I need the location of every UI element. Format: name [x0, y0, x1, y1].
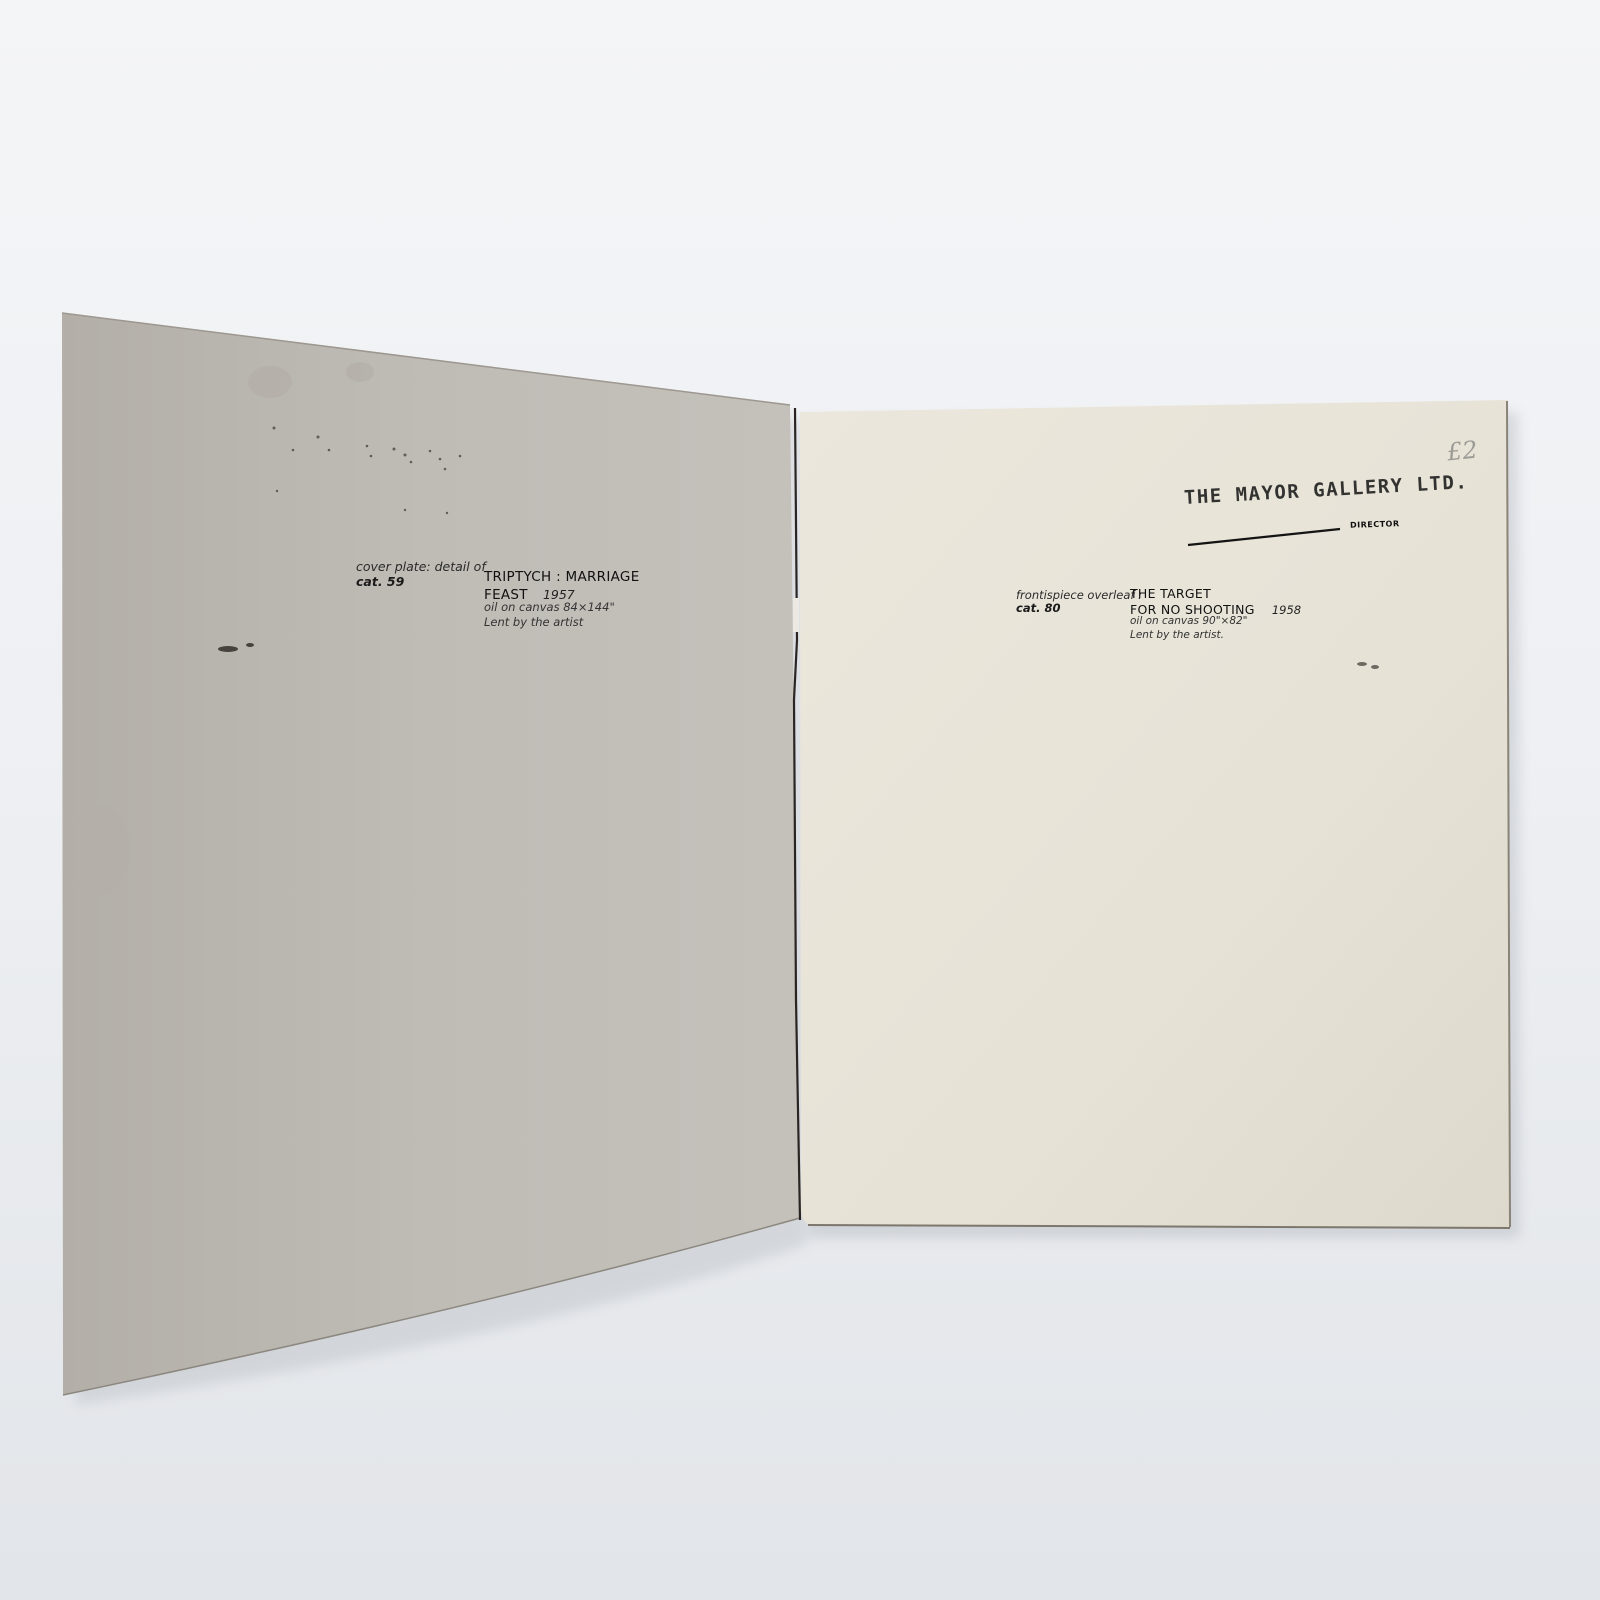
left-cat-number: cat. 59 — [356, 576, 404, 589]
right-cat-number: cat. 80 — [1016, 603, 1060, 615]
right-page — [800, 400, 1510, 1228]
left-page — [62, 313, 800, 1395]
cover-plate-label: cover plate: detail of — [356, 561, 486, 574]
handwritten-price: £2 — [1446, 435, 1479, 466]
catalogue-spread: cover plate: detail of cat. 59 TRIPTYCH … — [0, 0, 1600, 1600]
right-year: 1958 — [1272, 603, 1301, 617]
catalogue-pages — [0, 0, 1600, 1600]
right-credit: Lent by the artist. — [1130, 630, 1224, 641]
right-medium: oil on canvas 90"×82" — [1130, 616, 1248, 627]
left-title-line1: TRIPTYCH : MARRIAGE — [484, 571, 640, 585]
right-title-line1: THE TARGET — [1130, 588, 1211, 601]
left-caption: cover plate: detail of — [356, 561, 486, 574]
staple — [793, 598, 799, 632]
frontispiece-label: frontispiece overleaf : — [1016, 590, 1142, 602]
left-medium: oil on canvas 84×144" — [484, 602, 615, 614]
left-credit: Lent by the artist — [484, 617, 583, 629]
director-label: DIRECTOR — [1350, 519, 1400, 530]
